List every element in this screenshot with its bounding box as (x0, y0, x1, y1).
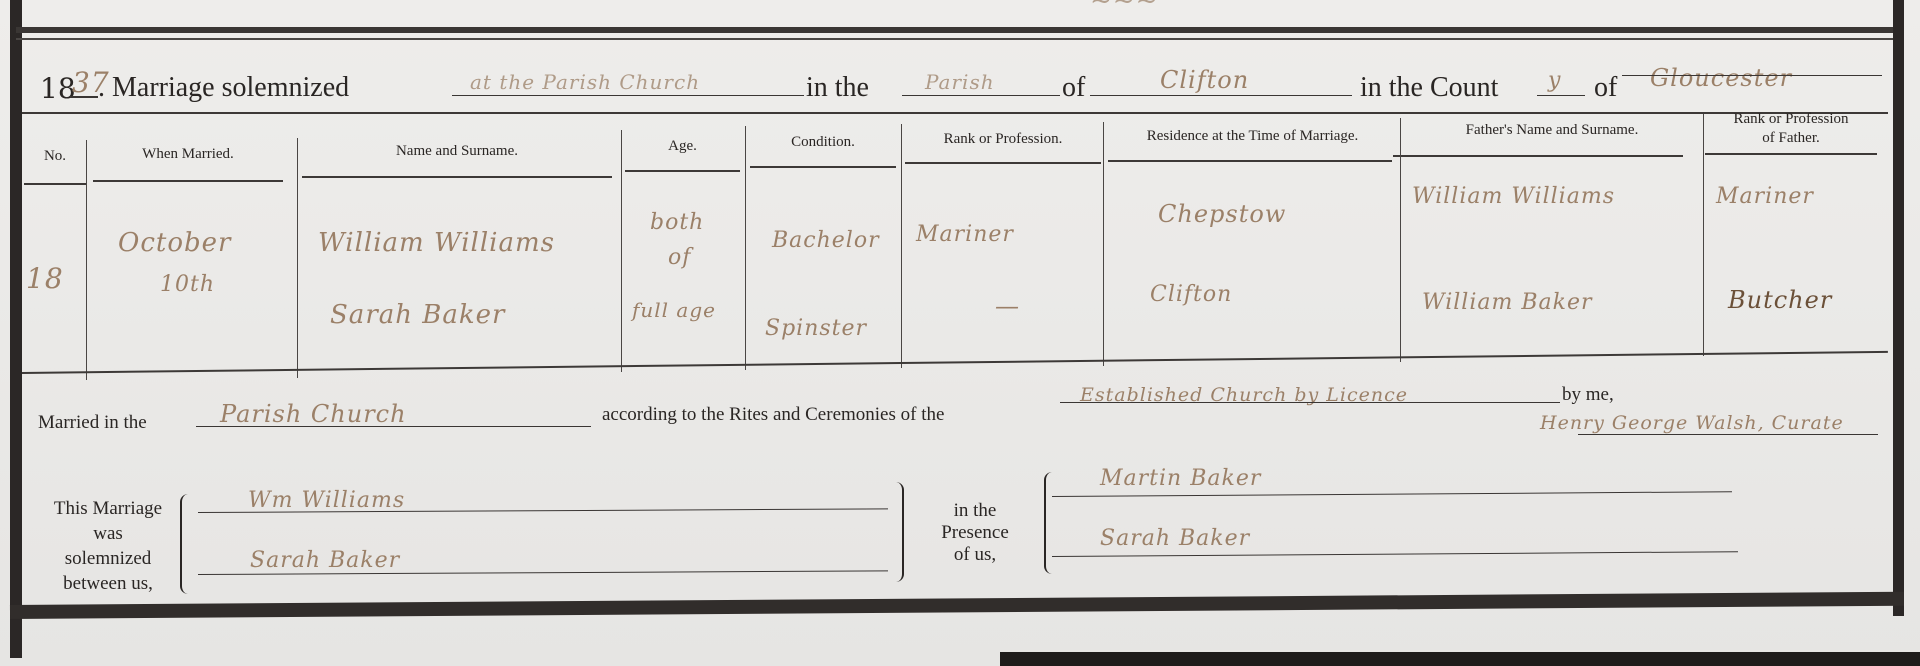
when-married-month: October (118, 228, 231, 258)
header-condition: Condition. (750, 134, 896, 151)
witness-2-signature: Sarah Baker (1100, 526, 1250, 551)
entry-number: 18 (26, 262, 64, 295)
age-line1: both (650, 210, 704, 235)
bride-rank: — (995, 292, 1020, 320)
bride-residence: Clifton (1150, 282, 1232, 307)
district-type-underline (902, 95, 1060, 96)
header-rule (1393, 155, 1683, 157)
officiant-underline (1578, 434, 1878, 435)
header-rule (750, 166, 896, 168)
witness-brace-icon (1044, 472, 1054, 574)
bride-signature: Sarah Baker (250, 548, 400, 573)
in-the-county-label: in the Count (1360, 72, 1498, 104)
solemnized-at-value: at the Parish Church (470, 70, 700, 94)
year-underline (70, 96, 98, 98)
header-father-rank: Rank or Profession of Father. (1705, 110, 1877, 148)
label-line: solemnized (28, 546, 188, 571)
label-line: of us, (920, 544, 1030, 566)
groom-residence: Chepstow (1158, 200, 1286, 228)
place-value: Clifton (1160, 66, 1249, 94)
header-rule (625, 170, 740, 172)
label-line: Presence (920, 522, 1030, 544)
married-in-label: Married in the (38, 412, 147, 434)
presence-label: in the Presence of us, (920, 500, 1030, 566)
age-line2: of (668, 245, 691, 270)
label-line: in the (920, 500, 1030, 522)
header-no: No. (24, 148, 86, 165)
page-edge-shadow (1000, 652, 1920, 666)
register-page: ~~~ 18 37 . Marriage solemnized at the P… (0, 0, 1920, 666)
age-line3: full age (632, 298, 716, 322)
table-bottom-rule (22, 351, 1888, 374)
column-divider (745, 126, 746, 370)
district-type-value: Parish (925, 70, 995, 94)
header-residence: Residence at the Time of Marriage. (1105, 128, 1400, 145)
officiant-signature: Henry George Walsh, Curate (1540, 412, 1844, 434)
page-rule-top (16, 38, 1893, 40)
header-name: Name and Surname. (302, 143, 612, 160)
label-line: This Marriage (28, 496, 188, 521)
bride-father-name: William Baker (1422, 290, 1593, 315)
bride-condition: Spinster (765, 316, 867, 341)
bride-father-rank: Butcher (1728, 286, 1832, 314)
year-prefix: 18 (40, 72, 76, 105)
of-label-2: of (1594, 72, 1617, 104)
previous-entry-remnant: ~~~ (1090, 0, 1158, 16)
rites-underline (1060, 402, 1560, 403)
column-divider (86, 140, 87, 380)
witness-1-line (1052, 491, 1732, 497)
header-rule (24, 183, 86, 185)
place-underline (1090, 95, 1352, 96)
groom-father-rank: Mariner (1716, 184, 1814, 209)
married-in-value: Parish Church (220, 400, 407, 428)
witness-2-line (1052, 551, 1738, 557)
bride-name: Sarah Baker (330, 300, 505, 330)
header-father-rank-line2: of Father. (1705, 129, 1877, 148)
right-brace-icon (894, 482, 904, 582)
groom-signature: Wm Williams (248, 488, 405, 513)
witness-1-signature: Martin Baker (1100, 466, 1261, 491)
header-rank: Rank or Profession. (905, 131, 1101, 148)
header-rule (302, 176, 612, 178)
solemnized-at-underline (452, 95, 804, 96)
left-brace-icon (180, 494, 190, 594)
solemnized-between-label: This Marriage was solemnized between us, (28, 496, 188, 596)
groom-name: William Williams (318, 228, 555, 258)
header-age: Age. (625, 138, 740, 155)
column-divider (1703, 114, 1704, 356)
page-border-right (1893, 0, 1904, 616)
header-father-rank-line1: Rank or Profession (1705, 110, 1877, 129)
header-father-name: Father's Name and Surname. (1403, 122, 1701, 139)
label-line: between us, (28, 571, 188, 596)
page-border-bottom (10, 592, 1904, 619)
according-label: according to the Rites and Ceremonies of… (602, 404, 944, 426)
page-border-top (16, 27, 1893, 33)
of-label: of (1062, 72, 1085, 104)
table-top-rule (22, 112, 1888, 114)
header-rule (93, 180, 283, 182)
column-divider (297, 138, 298, 378)
county-suffix: y (1548, 68, 1561, 93)
in-the-label: in the (806, 72, 869, 104)
groom-father-name: William Williams (1412, 184, 1615, 209)
county-underline (1622, 75, 1882, 76)
when-married-day: 10th (160, 272, 215, 297)
header-rule (905, 162, 1101, 164)
label-line: was (28, 521, 188, 546)
groom-condition: Bachelor (772, 228, 880, 253)
header-when-married: When Married. (93, 146, 283, 163)
county-suffix-underline (1537, 95, 1585, 96)
marriage-solemnized-label: . Marriage solemnized (98, 72, 349, 104)
column-divider (621, 130, 622, 372)
page-border-left (10, 0, 22, 658)
column-divider (1400, 118, 1401, 362)
header-rule (1705, 153, 1877, 155)
column-divider (1103, 122, 1104, 366)
county-value: Gloucester (1650, 64, 1792, 92)
column-divider (901, 124, 902, 368)
married-in-underline (196, 426, 591, 427)
by-me-label: by me, (1562, 384, 1614, 406)
groom-rank: Mariner (916, 222, 1014, 247)
header-rule (1108, 160, 1392, 162)
